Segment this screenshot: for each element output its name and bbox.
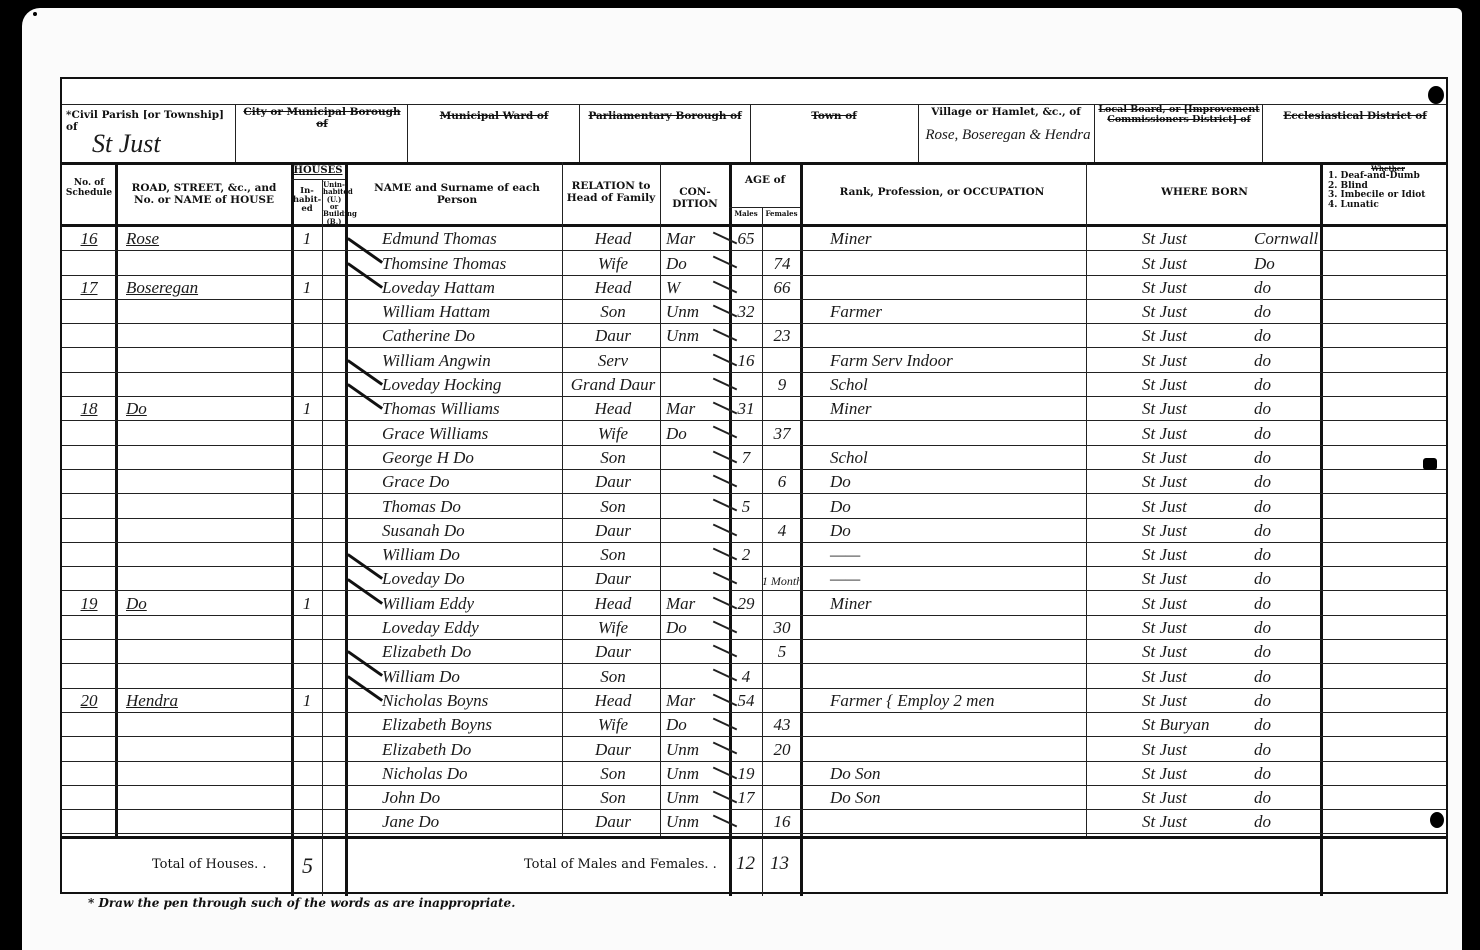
relation-cell: Daur [568, 470, 658, 494]
table-row: Thomas DoSon5DoSt Justdo [62, 494, 1446, 518]
name-cell: Grace Williams [382, 421, 560, 445]
municipal-ward-label: Municipal Ward of [414, 111, 574, 123]
male-age-cell: 19 [731, 762, 761, 786]
relation-cell: Head [568, 592, 658, 616]
road-cell [126, 737, 286, 761]
col-infirmity: Whether 1. Deaf-and-Dumb 2. Blind 3. Imb… [1328, 165, 1448, 210]
inhabited-cell [294, 786, 320, 810]
table-row: Elizabeth DoDaur5St Justdo [62, 640, 1446, 664]
name-cell: Loveday Hocking [382, 373, 560, 397]
born-county-cell: do [1254, 421, 1318, 445]
born-county-cell: do [1254, 543, 1318, 567]
table-row: Jane DoDaurUnm16St Justdo [62, 810, 1446, 834]
female-age-cell [764, 494, 800, 518]
road-cell: Do [126, 397, 286, 421]
inhabited-cell [294, 349, 320, 373]
road-cell [126, 446, 286, 470]
name-cell: Thomas Williams [382, 397, 560, 421]
inhabited-cell [294, 494, 320, 518]
inhabited-cell: 1 [294, 397, 320, 421]
table-row: William DoSon2——St Justdo [62, 543, 1446, 567]
road-cell: Rose [126, 227, 286, 251]
female-age-cell [764, 397, 800, 421]
female-age-cell [764, 762, 800, 786]
table-row: John DoSonUnm17Do SonSt Justdo [62, 786, 1446, 810]
speck [33, 12, 37, 16]
road-cell: Hendra [126, 689, 286, 713]
condition-cell: Unm [666, 762, 726, 786]
relation-cell: Daur [568, 640, 658, 664]
condition-cell [666, 543, 726, 567]
female-age-cell: 6 [764, 470, 800, 494]
name-cell: Nicholas Boyns [382, 689, 560, 713]
female-age-cell: 4 [764, 519, 800, 543]
village-value: Rose, Boseregan & Hendra [924, 127, 1092, 144]
schedule-cell [66, 349, 112, 373]
male-age-cell [731, 324, 761, 348]
road-cell [126, 470, 286, 494]
name-cell: William Eddy [382, 592, 560, 616]
total-females-value: 13 [770, 853, 789, 875]
occupation-cell [830, 276, 1080, 300]
born-place-cell: St Just [1142, 324, 1252, 348]
female-age-cell: 20 [764, 737, 800, 761]
inhabited-cell [294, 737, 320, 761]
col-age: AGE of [730, 175, 800, 187]
road-cell [126, 543, 286, 567]
female-age-cell [764, 592, 800, 616]
occupation-cell [830, 421, 1080, 445]
born-county-cell: do [1254, 373, 1318, 397]
condition-cell: Mar [666, 689, 726, 713]
col-schedule: No. of Schedule [64, 179, 114, 199]
occupation-cell [830, 664, 1080, 688]
occupation-cell [830, 640, 1080, 664]
total-persons-label: Total of Males and Females. . [524, 857, 717, 872]
schedule-cell [66, 373, 112, 397]
male-age-cell [731, 373, 761, 397]
occupation-cell [830, 713, 1080, 737]
relation-cell: Son [568, 543, 658, 567]
born-county-cell: do [1254, 786, 1318, 810]
male-age-cell [731, 519, 761, 543]
female-age-cell [764, 300, 800, 324]
parliamentary-borough-label: Parliamentary Borough of [584, 111, 746, 123]
municipal-borough-label: City or Municipal Borough of [242, 107, 402, 130]
table-row: Loveday DoDaur1 Month——St Justdo [62, 567, 1446, 591]
male-age-cell: 2 [731, 543, 761, 567]
occupation-cell: Miner [830, 397, 1080, 421]
male-age-cell [731, 810, 761, 834]
occupation-cell: Do Son [830, 786, 1080, 810]
occupation-cell: Schol [830, 373, 1080, 397]
occupation-cell [830, 810, 1080, 834]
table-row: William DoSon4St Justdo [62, 664, 1446, 688]
road-cell [126, 251, 286, 275]
schedule-cell [66, 567, 112, 591]
male-age-cell: 16 [731, 349, 761, 373]
schedule-cell [66, 519, 112, 543]
occupation-cell: —— [830, 543, 1080, 567]
condition-cell: Unm [666, 737, 726, 761]
relation-cell: Son [568, 786, 658, 810]
schedule-cell [66, 494, 112, 518]
schedule-cell [66, 640, 112, 664]
inhabited-cell [294, 713, 320, 737]
table-row: Grace DoDaur6DoSt Justdo [62, 470, 1446, 494]
schedule-cell [66, 470, 112, 494]
female-age-cell [764, 786, 800, 810]
condition-cell: Mar [666, 397, 726, 421]
relation-cell: Son [568, 664, 658, 688]
male-age-cell [731, 616, 761, 640]
female-age-cell: 1 Month [764, 567, 800, 591]
male-age-cell: 7 [731, 446, 761, 470]
male-age-cell: 4 [731, 664, 761, 688]
table-row: 16Rose1Edmund ThomasHeadMar65MinerSt Jus… [62, 227, 1446, 251]
relation-cell: Head [568, 397, 658, 421]
schedule-cell [66, 664, 112, 688]
born-county-cell: do [1254, 689, 1318, 713]
inhabited-cell [294, 616, 320, 640]
female-age-cell: 23 [764, 324, 800, 348]
road-cell [126, 762, 286, 786]
inhabited-cell [294, 470, 320, 494]
female-age-cell: 5 [764, 640, 800, 664]
road-cell [126, 664, 286, 688]
village-label: Village or Hamlet, &c., of [922, 107, 1090, 119]
inhabited-cell: 1 [294, 592, 320, 616]
born-place-cell: St Just [1142, 567, 1252, 591]
born-county-cell: do [1254, 567, 1318, 591]
condition-cell: Do [666, 421, 726, 445]
condition-cell: Unm [666, 300, 726, 324]
name-cell: Loveday Hattam [382, 276, 560, 300]
female-age-cell [764, 543, 800, 567]
born-place-cell: St Just [1142, 737, 1252, 761]
female-age-cell [764, 446, 800, 470]
inhabited-cell [294, 324, 320, 348]
col-uninhabited: Unin-habited (U.) or Building (B.) [323, 181, 345, 225]
name-cell: Thomsine Thomas [382, 251, 560, 275]
schedule-cell: 18 [66, 397, 112, 421]
schedule-cell [66, 713, 112, 737]
condition-cell: Unm [666, 786, 726, 810]
born-county-cell: do [1254, 324, 1318, 348]
born-county-cell: do [1254, 713, 1318, 737]
name-cell: George H Do [382, 446, 560, 470]
town-label: Town of [754, 111, 914, 123]
male-age-cell [731, 276, 761, 300]
male-age-cell: 5 [731, 494, 761, 518]
male-age-cell [731, 567, 761, 591]
schedule-cell [66, 543, 112, 567]
born-county-cell: do [1254, 300, 1318, 324]
road-cell [126, 786, 286, 810]
inhabited-cell: 1 [294, 227, 320, 251]
born-county-cell: do [1254, 640, 1318, 664]
schedule-cell [66, 300, 112, 324]
name-cell: Catherine Do [382, 324, 560, 348]
inhabited-cell [294, 421, 320, 445]
born-place-cell: St Just [1142, 689, 1252, 713]
inhabited-cell [294, 251, 320, 275]
condition-cell: Unm [666, 324, 726, 348]
name-cell: Jane Do [382, 810, 560, 834]
born-place-cell: St Just [1142, 421, 1252, 445]
schedule-cell: 17 [66, 276, 112, 300]
occupation-cell: Do [830, 470, 1080, 494]
male-age-cell [731, 470, 761, 494]
born-place-cell: St Just [1142, 300, 1252, 324]
col-occupation: Rank, Profession, or OCCUPATION [807, 187, 1077, 199]
schedule-cell [66, 737, 112, 761]
table-row: Nicholas DoSonUnm19Do SonSt Justdo [62, 762, 1446, 786]
born-place-cell: St Buryan [1142, 713, 1252, 737]
occupation-cell: Schol [830, 446, 1080, 470]
col-males: Males [730, 210, 762, 217]
inhabited-cell [294, 567, 320, 591]
condition-cell [666, 519, 726, 543]
occupation-cell [830, 251, 1080, 275]
female-age-cell: 30 [764, 616, 800, 640]
female-age-cell: 16 [764, 810, 800, 834]
condition-cell [666, 349, 726, 373]
schedule-cell [66, 616, 112, 640]
male-age-cell [731, 640, 761, 664]
name-cell: Edmund Thomas [382, 227, 560, 251]
born-place-cell: St Just [1142, 397, 1252, 421]
condition-cell: W [666, 276, 726, 300]
relation-cell: Daur [568, 519, 658, 543]
born-place-cell: St Just [1142, 276, 1252, 300]
relation-cell: Head [568, 227, 658, 251]
born-place-cell: St Just [1142, 640, 1252, 664]
male-age-cell: 32 [731, 300, 761, 324]
born-place-cell: St Just [1142, 592, 1252, 616]
condition-cell [666, 446, 726, 470]
relation-cell: Wife [568, 616, 658, 640]
relation-cell: Daur [568, 810, 658, 834]
total-houses-label: Total of Houses. . [152, 857, 267, 872]
condition-cell [666, 494, 726, 518]
born-county-cell: do [1254, 494, 1318, 518]
male-age-cell: 31 [731, 397, 761, 421]
occupation-cell: Miner [830, 592, 1080, 616]
born-county-cell: do [1254, 519, 1318, 543]
name-cell: John Do [382, 786, 560, 810]
born-place-cell: St Just [1142, 519, 1252, 543]
male-age-cell [731, 251, 761, 275]
table-row: Thomsine ThomasWifeDo74St JustDo [62, 251, 1446, 275]
road-cell [126, 421, 286, 445]
born-county-cell: do [1254, 664, 1318, 688]
road-cell [126, 519, 286, 543]
condition-cell: Mar [666, 592, 726, 616]
inhabited-cell [294, 373, 320, 397]
born-place-cell: St Just [1142, 494, 1252, 518]
road-cell [126, 567, 286, 591]
table-row: Loveday EddyWifeDo30St Justdo [62, 616, 1446, 640]
total-males-value: 12 [736, 853, 755, 875]
table-row: Loveday HockingGrand Daur9ScholSt Justdo [62, 373, 1446, 397]
born-county-cell: do [1254, 446, 1318, 470]
table-row: Elizabeth DoDaurUnm20St Justdo [62, 737, 1446, 761]
table-row: Catherine DoDaurUnm23St Justdo [62, 324, 1446, 348]
name-cell: William Do [382, 543, 560, 567]
born-county-cell: do [1254, 762, 1318, 786]
schedule-cell [66, 810, 112, 834]
condition-cell: Unm [666, 810, 726, 834]
relation-cell: Wife [568, 713, 658, 737]
road-cell: Boseregan [126, 276, 286, 300]
ink-blot [1430, 812, 1444, 828]
col-females: Females [763, 210, 800, 217]
name-cell: Susanah Do [382, 519, 560, 543]
female-age-cell: 37 [764, 421, 800, 445]
schedule-cell [66, 786, 112, 810]
occupation-cell: —— [830, 567, 1080, 591]
inhabited-cell [294, 300, 320, 324]
born-place-cell: St Just [1142, 470, 1252, 494]
male-age-cell [731, 737, 761, 761]
condition-cell [666, 567, 726, 591]
col-name: NAME and Surname of each Person [362, 183, 552, 206]
ink-blot [1428, 86, 1444, 104]
born-place-cell: St Just [1142, 227, 1252, 251]
name-cell: William Hattam [382, 300, 560, 324]
table-row: Susanah DoDaur4DoSt Justdo [62, 519, 1446, 543]
condition-cell [666, 470, 726, 494]
road-cell [126, 640, 286, 664]
schedule-cell [66, 251, 112, 275]
table-row: 19Do1William EddyHeadMar29MinerSt Justdo [62, 592, 1446, 616]
born-place-cell: St Just [1142, 762, 1252, 786]
road-cell [126, 324, 286, 348]
name-cell: William Do [382, 664, 560, 688]
born-place-cell: St Just [1142, 349, 1252, 373]
relation-cell: Son [568, 300, 658, 324]
road-cell [126, 616, 286, 640]
schedule-cell: 20 [66, 689, 112, 713]
col-houses: HOUSES [291, 165, 345, 176]
civil-parish-value: St Just [92, 129, 161, 159]
born-county-cell: do [1254, 810, 1318, 834]
occupation-cell [830, 324, 1080, 348]
occupation-cell: Do Son [830, 762, 1080, 786]
inhabited-cell [294, 762, 320, 786]
born-place-cell: St Just [1142, 446, 1252, 470]
relation-cell: Serv [568, 349, 658, 373]
scan-edge [1462, 0, 1480, 950]
occupation-cell: Farmer [830, 300, 1080, 324]
schedule-cell [66, 324, 112, 348]
schedule-cell [66, 446, 112, 470]
occupation-cell: Miner [830, 227, 1080, 251]
born-county-cell: do [1254, 276, 1318, 300]
census-form: *Civil Parish [or Township] of St Just C… [60, 77, 1448, 894]
born-place-cell: St Just [1142, 616, 1252, 640]
born-county-cell: Cornwall [1254, 227, 1318, 251]
relation-cell: Head [568, 276, 658, 300]
ecclesiastical-district-label: Ecclesiastical District of [1266, 111, 1444, 123]
relation-cell: Grand Daur [568, 373, 658, 397]
total-houses-value: 5 [302, 853, 313, 879]
inhabited-cell [294, 664, 320, 688]
name-cell: Elizabeth Do [382, 640, 560, 664]
born-place-cell: St Just [1142, 786, 1252, 810]
occupation-cell: Do [830, 519, 1080, 543]
table-row: Elizabeth BoynsWifeDo43St Buryando [62, 713, 1446, 737]
table-row: 20Hendra1Nicholas BoynsHeadMar54Farmer {… [62, 689, 1446, 713]
condition-cell [666, 664, 726, 688]
occupation-cell [830, 737, 1080, 761]
inhabited-cell: 1 [294, 276, 320, 300]
name-cell: Loveday Eddy [382, 616, 560, 640]
relation-cell: Son [568, 762, 658, 786]
road-cell [126, 810, 286, 834]
name-cell: Grace Do [382, 470, 560, 494]
schedule-cell [66, 762, 112, 786]
name-cell: Nicholas Do [382, 762, 560, 786]
inhabited-cell [294, 519, 320, 543]
born-place-cell: St Just [1142, 251, 1252, 275]
relation-cell: Wife [568, 251, 658, 275]
born-county-cell: do [1254, 592, 1318, 616]
condition-cell [666, 373, 726, 397]
relation-cell: Wife [568, 421, 658, 445]
inhabited-cell: 1 [294, 689, 320, 713]
table-row: Grace WilliamsWifeDo37St Justdo [62, 421, 1446, 445]
col-inhabited: In-habit-ed [292, 187, 322, 214]
male-age-cell: 65 [731, 227, 761, 251]
born-county-cell: do [1254, 349, 1318, 373]
born-place-cell: St Just [1142, 664, 1252, 688]
occupation-cell: Farm Serv Indoor [830, 349, 1080, 373]
name-cell: William Angwin [382, 349, 560, 373]
relation-cell: Daur [568, 737, 658, 761]
schedule-cell [66, 421, 112, 445]
footnote: * Draw the pen through such of the words… [88, 896, 515, 910]
born-county-cell: do [1254, 616, 1318, 640]
female-age-cell [764, 664, 800, 688]
born-place-cell: St Just [1142, 373, 1252, 397]
road-cell [126, 300, 286, 324]
inhabited-cell [294, 543, 320, 567]
condition-cell: Do [666, 713, 726, 737]
occupation-cell: Farmer { Employ 2 men [830, 689, 1080, 713]
col-relation: RELATION to Head of Family [566, 181, 656, 204]
name-cell: Elizabeth Boyns [382, 713, 560, 737]
road-cell [126, 713, 286, 737]
born-county-cell: do [1254, 737, 1318, 761]
born-county-cell: do [1254, 397, 1318, 421]
male-age-cell: 29 [731, 592, 761, 616]
road-cell: Do [126, 592, 286, 616]
male-age-cell: 17 [731, 786, 761, 810]
name-cell: Elizabeth Do [382, 737, 560, 761]
local-board-label: Local Board, or [Improvement Commissione… [1098, 105, 1260, 126]
road-cell [126, 373, 286, 397]
relation-cell: Daur [568, 567, 658, 591]
col-condition: CON-DITION [664, 187, 726, 210]
condition-cell: Do [666, 251, 726, 275]
female-age-cell [764, 689, 800, 713]
schedule-cell: 19 [66, 592, 112, 616]
condition-cell [666, 640, 726, 664]
condition-cell: Mar [666, 227, 726, 251]
name-cell: Thomas Do [382, 494, 560, 518]
